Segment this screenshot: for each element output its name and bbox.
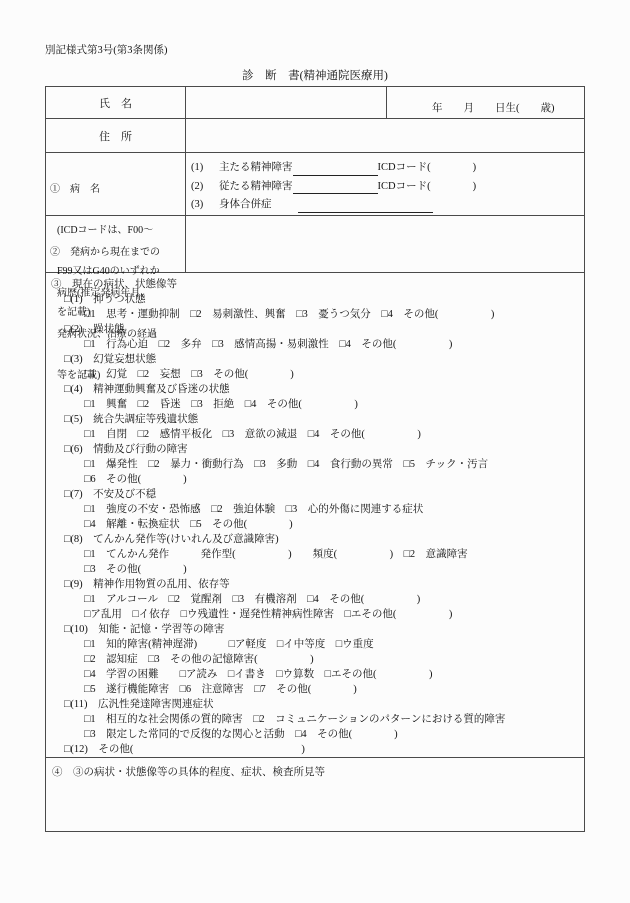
name-row: 氏 名 年 月 日生( 歳) <box>46 87 584 119</box>
checkbox-line: □1 アルコール □2 覚醒剤 □3 有機溶剤 □4 その他( ) <box>46 592 584 607</box>
checkbox-line: □(3) 幻覚妄想状態 <box>46 352 584 367</box>
icd-code-label: ICDコード( ) <box>378 178 477 197</box>
checkbox-line: □1 自閉 □2 感情平板化 □3 意欲の減退 □4 その他( ) <box>46 427 584 442</box>
checkbox-line: □3 その他( ) <box>46 562 584 577</box>
birthdate-cell: 年 月 日生( 歳) <box>387 87 584 118</box>
section4-heading: ④ ③の病状・状態像等の具体的程度、症状、検査所見等 <box>52 764 576 779</box>
checkbox-line: □(7) 不安及び不穏 <box>46 487 584 502</box>
section1-row: ① 病 名 (ICDコードは、F00〜 F99又はG40のいずれか を記載) (… <box>46 153 584 216</box>
checkbox-line: □6 その他( ) <box>46 472 584 487</box>
section3-heading: ③ 現在の病状、状態像等 <box>46 277 584 292</box>
section2-row: ② 発病から現在までの 病歴(推定発病年月、 発病状況、治療の経過 等を記載) <box>46 216 584 273</box>
physical-complication-line: (3) 身体合併症 <box>191 196 584 215</box>
section2-label: ② 発病から現在までの 病歴(推定発病年月、 発病状況、治療の経過 等を記載) <box>46 216 186 272</box>
checkbox-line: □1 相互的な社会関係の質的障害 □2 コミュニケーションのパターンにおける質的… <box>46 712 584 727</box>
address-value-cell <box>186 119 584 152</box>
page-title: 診 断 書(精神通院医療用) <box>0 67 630 83</box>
section1-label: ① 病 名 (ICDコードは、F00〜 F99又はG40のいずれか を記載) <box>46 153 186 215</box>
form-table: 氏 名 年 月 日生( 歳) 住 所 ① 病 名 (ICDコードは、F00〜 F… <box>45 86 585 832</box>
checkbox-line: □1 てんかん発作 発作型( ) 頻度( ) □2 意識障害 <box>46 547 584 562</box>
checkbox-line: □3 限定した常同的で反復的な関心と活動 □4 その他( ) <box>46 727 584 742</box>
checkbox-line: □1 強度の不安・恐怖感 □2 強迫体験 □3 心的外傷に関連する症状 <box>46 502 584 517</box>
item-label: 身体合併症 <box>219 196 272 215</box>
diagnosis-form-page: 別記様式第3号(第3条関係) 診 断 書(精神通院医療用) 氏 名 年 月 日生… <box>0 0 630 903</box>
checkbox-line: □1 爆発性 □2 暴力・衝動行為 □3 多動 □4 食行動の異常 □5 チック… <box>46 457 584 472</box>
fill-in-underline <box>298 203 433 213</box>
item-label: 従たる精神障害 <box>219 178 293 197</box>
checkbox-line: □(9) 精神作用物質の乱用、依存等 <box>46 577 584 592</box>
section1-content: (1) 主たる精神障害 ICDコード( ) (2) 従たる精神障害 ICDコード… <box>186 153 584 215</box>
item-number: (2) <box>191 178 219 197</box>
item-number: (1) <box>191 159 219 178</box>
checkbox-line: □1 知的障害(精神遅滞) □ア軽度 □イ中等度 □ウ重度 <box>46 637 584 652</box>
primary-disorder-line: (1) 主たる精神障害 ICDコード( ) <box>191 159 584 178</box>
checkbox-line: □ア乱用 □イ依存 □ウ残遺性・遅発性精神病性障害 □エその他( ) <box>46 607 584 622</box>
checkbox-line: □(12) その他( ) <box>46 742 584 757</box>
secondary-disorder-line: (2) 従たる精神障害 ICDコード( ) <box>191 178 584 197</box>
fill-in-underline <box>293 166 378 176</box>
icd-code-label: ICDコード( ) <box>378 159 477 178</box>
item-number: (3) <box>191 196 219 215</box>
fill-in-underline <box>293 184 378 194</box>
checkbox-line: □1 思考・運動抑制 □2 易刺激性、興奮 □3 憂うつ気分 □4 その他( ) <box>46 307 584 322</box>
checkbox-line: □(4) 精神運動興奮及び昏迷の状態 <box>46 382 584 397</box>
address-label: 住 所 <box>46 119 186 152</box>
section2-content <box>186 216 584 272</box>
address-row: 住 所 <box>46 119 584 153</box>
section1-label-line: ① 病 名 <box>50 183 184 197</box>
section3-row: ③ 現在の病状、状態像等□(1) 抑うつ状態□1 思考・運動抑制 □2 易刺激性… <box>46 273 584 758</box>
name-value-cell <box>186 87 387 118</box>
section4-row: ④ ③の病状・状態像等の具体的程度、症状、検査所見等 <box>46 758 584 833</box>
form-number: 別記様式第3号(第3条関係) <box>45 42 168 57</box>
checkbox-line: □2 認知症 □3 その他の記憶障害( ) <box>46 652 584 667</box>
checkbox-line: □4 解離・転換症状 □5 その他( ) <box>46 517 584 532</box>
checkbox-line: □1 行為心迫 □2 多弁 □3 感情高揚・易刺激性 □4 その他( ) <box>46 337 584 352</box>
checkbox-line: □(1) 抑うつ状態 <box>46 292 584 307</box>
checkbox-line: □(11) 広汎性発達障害関連症状 <box>46 697 584 712</box>
checkbox-line: □5 遂行機能障害 □6 注意障害 □7 その他( ) <box>46 682 584 697</box>
checkbox-line: □1 幻覚 □2 妄想 □3 その他( ) <box>46 367 584 382</box>
name-label: 氏 名 <box>46 87 186 118</box>
checkbox-line: □(6) 情動及び行動の障害 <box>46 442 584 457</box>
item-label: 主たる精神障害 <box>219 159 293 178</box>
checkbox-line: □(5) 統合失調症等残遺状態 <box>46 412 584 427</box>
checkbox-line: □1 興奮 □2 昏迷 □3 拒絶 □4 その他( ) <box>46 397 584 412</box>
checkbox-line: □(8) てんかん発作等(けいれん及び意識障害) <box>46 532 584 547</box>
checkbox-line: □(10) 知能・記憶・学習等の障害 <box>46 622 584 637</box>
section2-label-line: ② 発病から現在までの <box>50 246 184 260</box>
checkbox-line: □4 学習の困難 □ア読み □イ書き □ウ算数 □エその他( ) <box>46 667 584 682</box>
